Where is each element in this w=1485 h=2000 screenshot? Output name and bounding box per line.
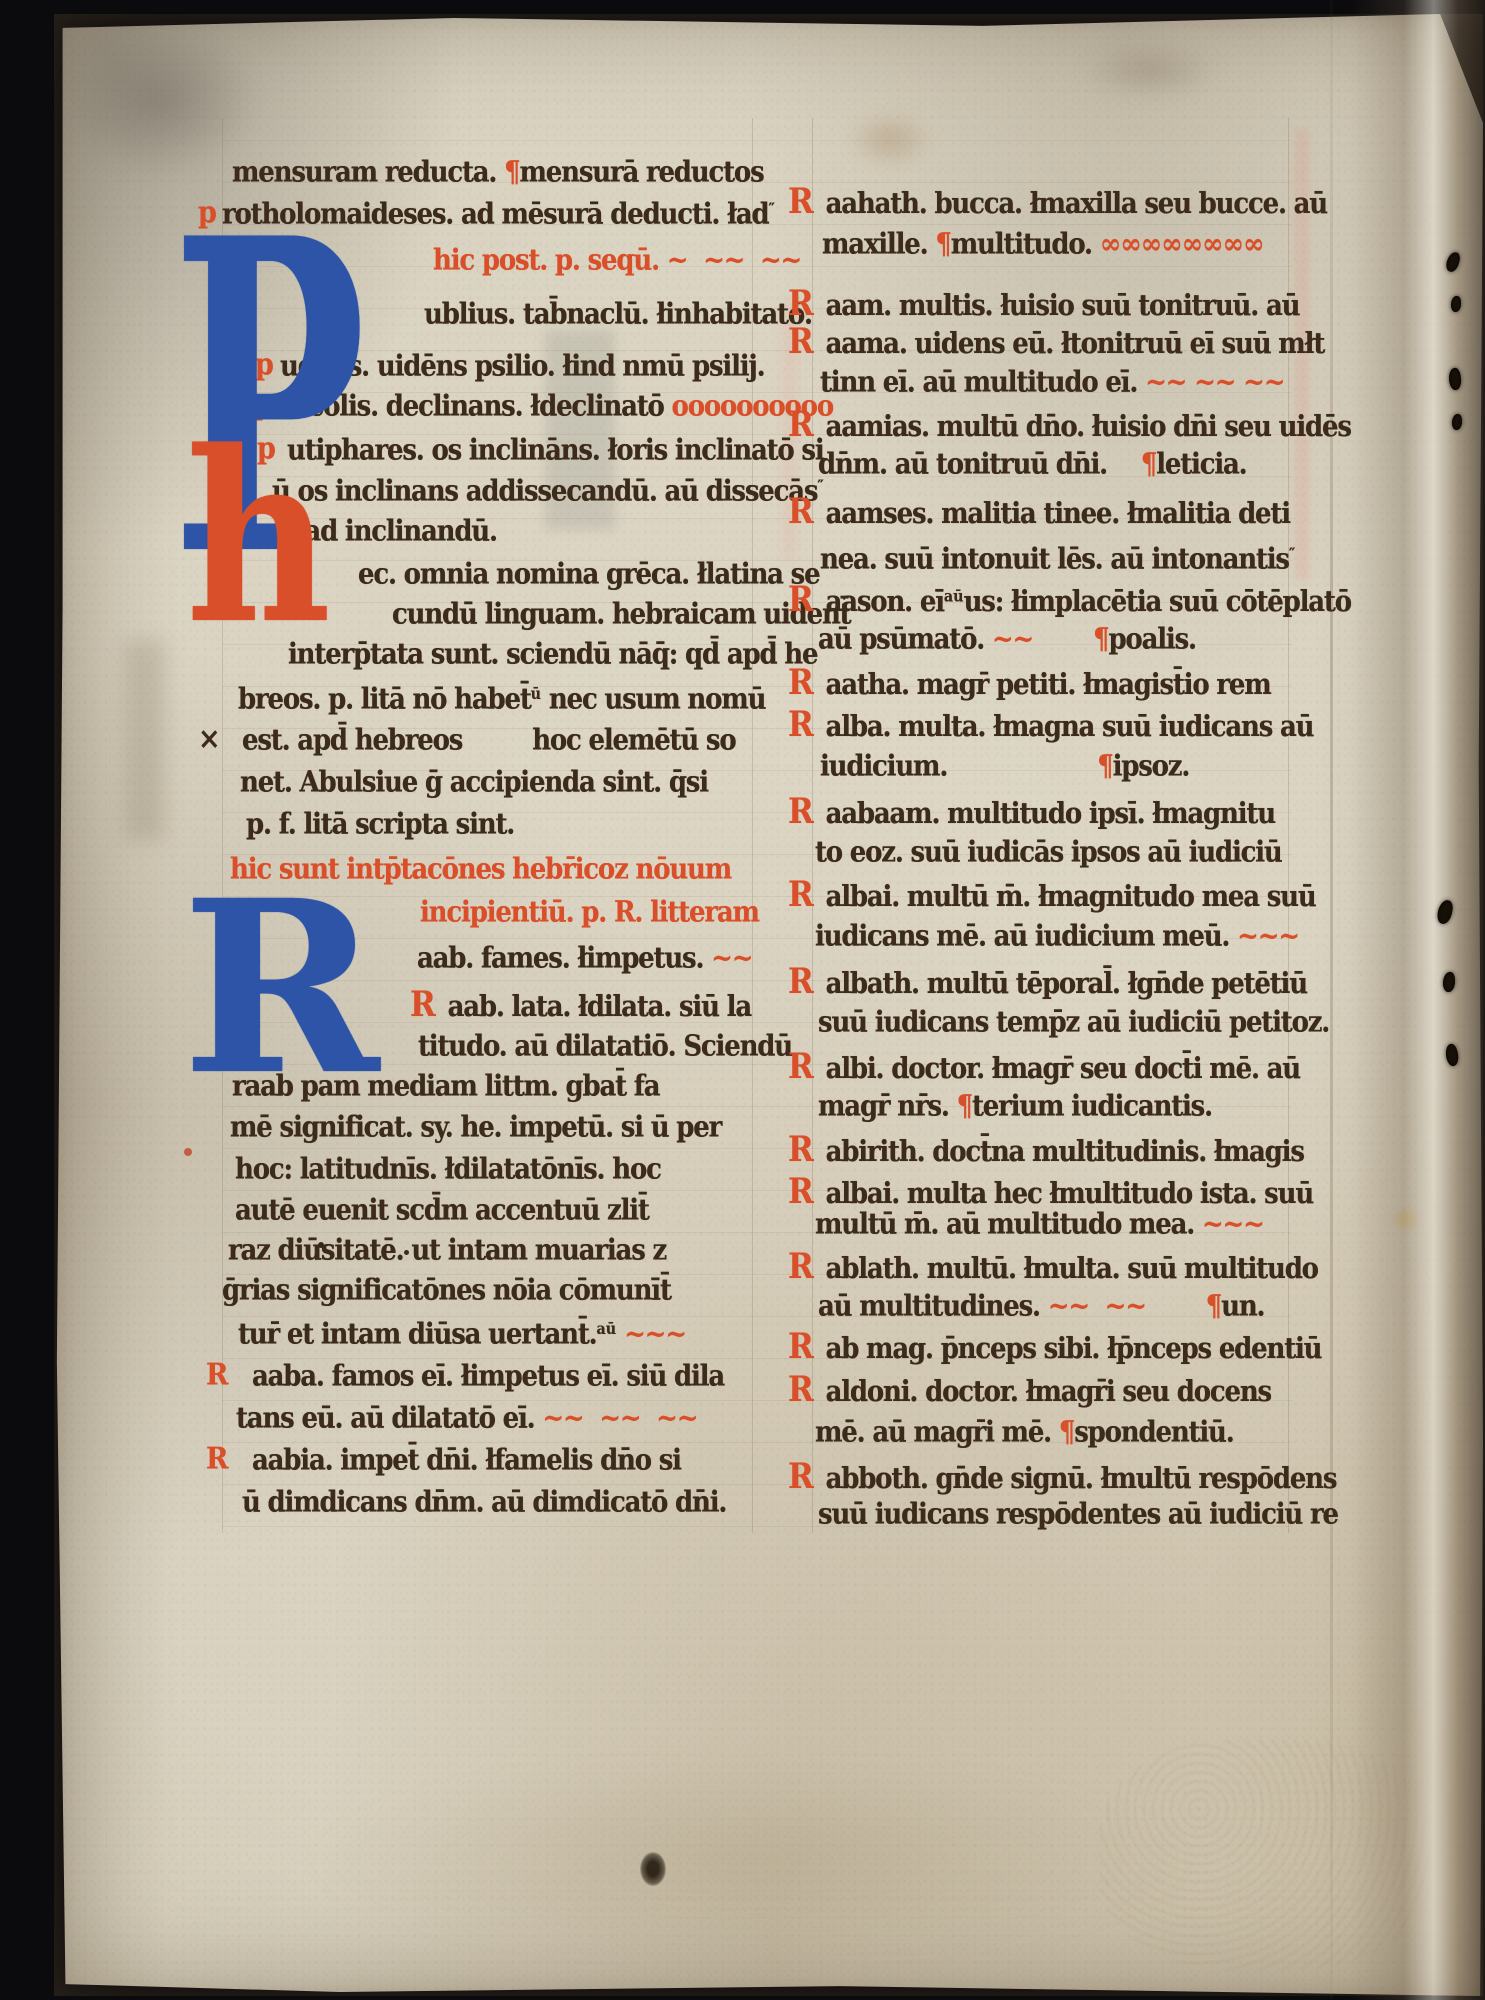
illuminated-initial-h: h	[186, 452, 331, 626]
illuminated-initial-R: R	[182, 900, 379, 1076]
manuscript-photo: mensuram reducta. ¶mensurā reductosrotho…	[0, 0, 1485, 2000]
illuminated-initials: PhR	[0, 0, 1485, 2000]
